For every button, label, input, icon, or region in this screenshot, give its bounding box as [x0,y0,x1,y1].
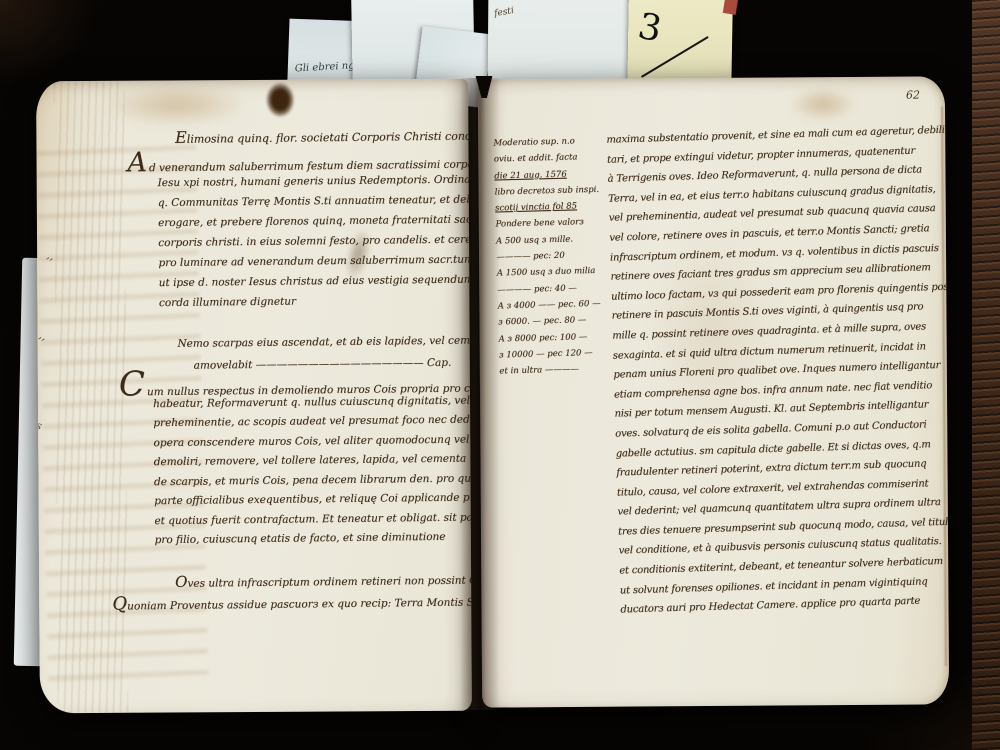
manuscript-photo-stage: Gli ebrei ng festi 3 2 ,, ,, s Elimosina… [0,0,1000,750]
water-stain [778,81,868,128]
chapter-heading-nemo-scarpas: Nemo scarpas eius ascendat, et ab eis la… [177,330,472,354]
manuscript-text-line: ut ipse d. noster Iesus christus ad eius… [159,269,472,293]
slip-handwriting-festi: festi [494,6,515,19]
right-page: 62 Moderatio sup. n.ooviu. et addit. fac… [478,76,949,707]
manuscript-text-line: et in ultra ———— [499,361,604,380]
folio-number: 62 [906,89,920,102]
left-page-text: Elimosina quinq. flor. societati Corpori… [36,79,472,714]
manuscript-text-line: A 1500 usq з duo milia [497,263,602,282]
paragraph-elimosina: Ad venerandum saluberrimum festum diem s… [157,149,472,313]
manuscript-text-line: A з 4000 —— pec. 60 — [497,296,602,315]
chapter-heading-elimosina: Elimosina quinq. flor. societati Corpori… [175,124,472,150]
manuscript-text-line: pro filio, cuiuscunq etatis de facto, et… [155,526,472,550]
closing-line-quoniam: Quoniam Proventus assidue pascuorз ex qu… [112,590,472,616]
manuscript-text-line: з 10000 — pec 120 — [499,345,604,364]
ink-numeral-top: 3 [635,6,665,51]
manuscript-text-line: corda illuminare dignetur [159,289,472,313]
paragraph-cum-nullus: Cum nullus respectus in demoliendo muros… [153,370,472,550]
marginal-note-moderatio: Moderatio sup. n.ooviu. et addit. factad… [493,133,604,380]
manuscript-text-line: libro decretoз sub inspi. [494,182,599,201]
red-paper-sliver [723,0,738,15]
paper-slip-wide: festi [488,0,631,91]
slip-handwriting: Gli ebrei ng [295,60,355,75]
left-page: ,, ,, s Elimosina quinq. flor. societati… [36,79,472,714]
wood-table-edge [972,0,1000,750]
right-page-text: maxima substentatio provenit, et sine ea… [606,120,949,620]
